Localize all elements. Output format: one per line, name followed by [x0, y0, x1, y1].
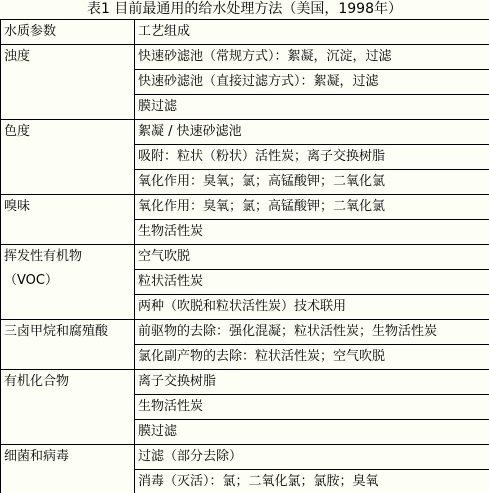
process-cell: 快速砂滤池（常规方式）：絮凝，沉淀，过滤: [135, 45, 489, 70]
header-parameter: 水质参数: [1, 20, 135, 45]
table-row: 挥发性有机物 （VOC）空气吹脱: [1, 245, 489, 270]
water-treatment-table: 水质参数工艺组成浊度快速砂滤池（常规方式）：絮凝，沉淀，过滤快速砂滤池（直接过滤…: [0, 19, 489, 493]
parameter-cell: 三卤甲烷和腐殖酸: [1, 320, 135, 370]
process-cell: 膜过滤: [135, 420, 489, 445]
parameter-cell: 色度: [1, 120, 135, 195]
process-cell: 氧化作用：臭氧；氯；高锰酸钾；二氧化氯: [135, 170, 489, 195]
process-cell: 生物活性炭: [135, 395, 489, 420]
process-cell: 絮凝 / 快速砂滤池: [135, 120, 489, 145]
parameter-cell: 细菌和病毒: [1, 445, 135, 493]
process-cell: 空气吹脱: [135, 245, 489, 270]
parameter-cell: 浊度: [1, 45, 135, 120]
parameter-cell: 挥发性有机物 （VOC）: [1, 245, 135, 320]
process-cell: 吸附：粒状（粉状）活性炭；离子交换树脂: [135, 145, 489, 170]
document-page: 表1 目前最通用的给水处理方法（美国，1998年） 水质参数工艺组成浊度快速砂滤…: [0, 0, 489, 493]
table-row: 色度絮凝 / 快速砂滤池: [1, 120, 489, 145]
table-row: 细菌和病毒过滤（部分去除）: [1, 445, 489, 470]
process-cell: 粒状活性炭: [135, 270, 489, 295]
table-row: 有机化合物离子交换树脂: [1, 370, 489, 395]
table-row: 三卤甲烷和腐殖酸前驱物的去除：强化混凝；粒状活性炭；生物活性炭: [1, 320, 489, 345]
process-cell: 过滤（部分去除）: [135, 445, 489, 470]
header-row: 水质参数工艺组成: [1, 20, 489, 45]
table-row: 嗅味氧化作用：臭氧；氯；高锰酸钾；二氧化氯: [1, 195, 489, 220]
process-cell: 快速砂滤池（直接过滤方式）：絮凝，过滤: [135, 70, 489, 95]
process-cell: 氯化副产物的去除：粒状活性炭；空气吹脱: [135, 345, 489, 370]
process-cell: 生物活性炭: [135, 220, 489, 245]
process-cell: 前驱物的去除：强化混凝；粒状活性炭；生物活性炭: [135, 320, 489, 345]
process-cell: 消毒（灭活）：氯；二氧化氯；氯胺；臭氧: [135, 470, 489, 493]
table-body: 水质参数工艺组成浊度快速砂滤池（常规方式）：絮凝，沉淀，过滤快速砂滤池（直接过滤…: [1, 20, 489, 493]
header-process: 工艺组成: [135, 20, 489, 45]
table-row: 浊度快速砂滤池（常规方式）：絮凝，沉淀，过滤: [1, 45, 489, 70]
parameter-cell: 有机化合物: [1, 370, 135, 445]
process-cell: 氧化作用：臭氧；氯；高锰酸钾；二氧化氯: [135, 195, 489, 220]
parameter-cell: 嗅味: [1, 195, 135, 245]
process-cell: 两种（吹脱和粒状活性炭）技术联用: [135, 295, 489, 320]
process-cell: 膜过滤: [135, 95, 489, 120]
table-title: 表1 目前最通用的给水处理方法（美国，1998年）: [0, 0, 489, 19]
process-cell: 离子交换树脂: [135, 370, 489, 395]
